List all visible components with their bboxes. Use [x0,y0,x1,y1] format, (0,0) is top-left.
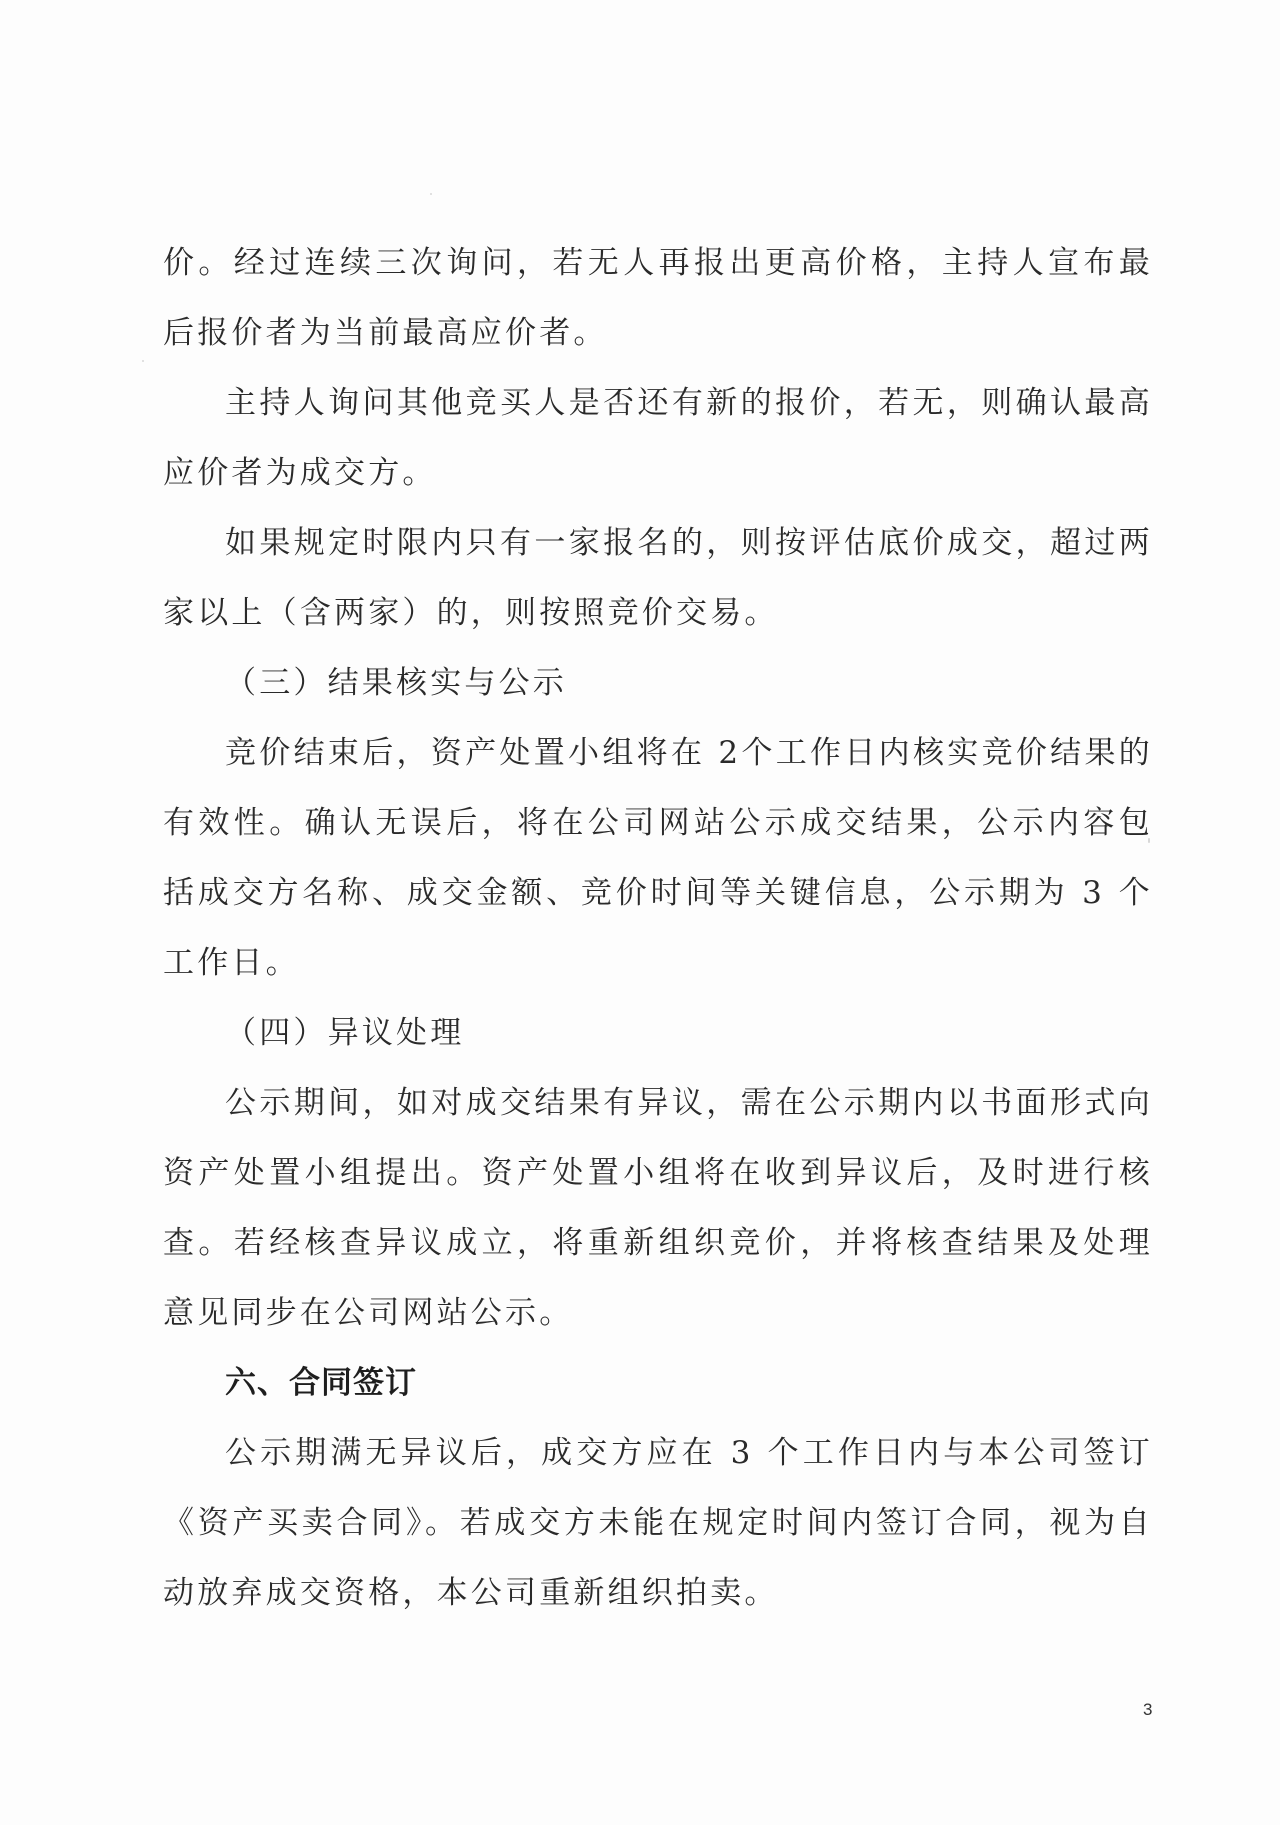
section-heading-contract-signing: 六、合同签订 [163,1348,1153,1418]
paragraph-objection-handling: 公示期间，如对成交结果有异议，需在公示期内以书面形式向资产处置小组提出。资产处置… [163,1068,1153,1348]
scan-speck [430,193,432,195]
document-page: 价。经过连续三次询问，若无人再报出更高价格，主持人宣布最后报价者为当前最高应价者… [0,0,1280,1825]
paragraph-contract-signing: 公示期满无异议后，成交方应在 3 个工作日内与本公司签订《资产买卖合同》。若成交… [163,1418,1153,1628]
paragraph-confirm-winner: 主持人询问其他竞买人是否还有新的报价，若无，则确认最高应价者为成交方。 [163,368,1153,508]
scan-speck [142,360,144,362]
document-body: 价。经过连续三次询问，若无人再报出更高价格，主持人宣布最后报价者为当前最高应价者… [163,228,1153,1628]
scan-speck [1135,1462,1137,1464]
section-heading-objection-handling: （四）异议处理 [163,998,1153,1068]
scan-speck [1148,838,1150,843]
page-number: 3 [1143,1700,1152,1720]
paragraph-result-verification: 竞价结束后，资产处置小组将在 2个工作日内核实竞价结果的有效性。确认无误后，将在… [163,718,1153,998]
paragraph-single-bidder-rule: 如果规定时限内只有一家报名的，则按评估底价成交，超过两家以上（含两家）的，则按照… [163,508,1153,648]
section-heading-result-verification: （三）结果核实与公示 [163,648,1153,718]
paragraph-bidding-continuation: 价。经过连续三次询问，若无人再报出更高价格，主持人宣布最后报价者为当前最高应价者… [163,228,1153,368]
